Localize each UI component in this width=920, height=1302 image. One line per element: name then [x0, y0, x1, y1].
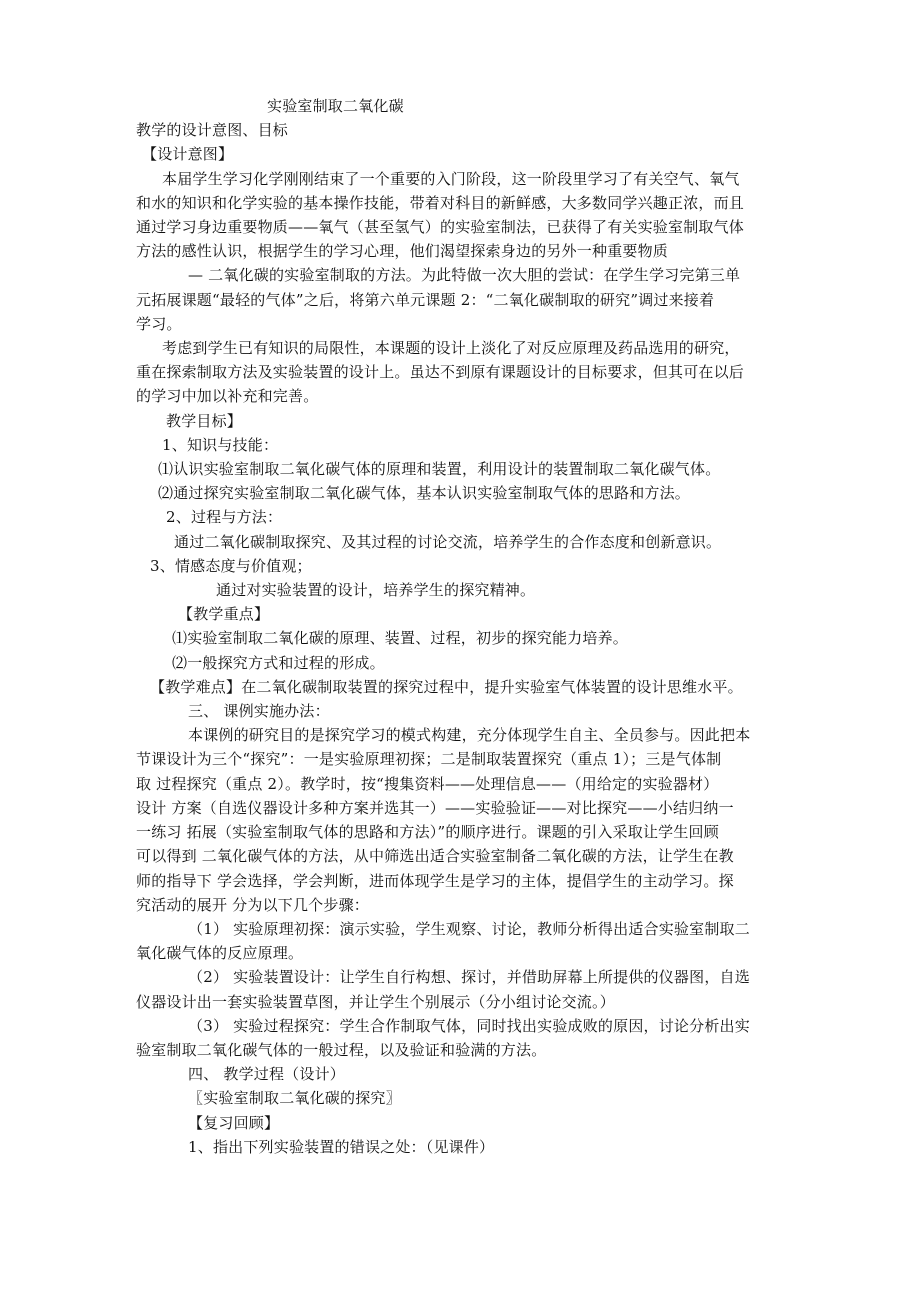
paragraph-line: 师的指导下 学会选择，学会判断，进而体现学生是学习的主体，提倡学生的主动学习。探 — [136, 869, 806, 893]
document-page: 实验室制取二氧化碳 教学的设计意图、目标 【设计意图】 本届学生学习化学刚刚结束… — [136, 94, 806, 1159]
paragraph-line: 元拓展课题“最轻的气体”之后，将第六单元课题 2：“二氧化碳制取的研究”调过来接… — [136, 288, 806, 312]
paragraph-line: 取 过程探究（重点 2）。教学时，按“搜集资料——处理信息——（用给定的实验器材… — [136, 772, 806, 796]
design-intent-heading: 【设计意图】 — [136, 142, 806, 166]
paragraph-line: 和水的知识和化学实验的基本操作技能，带着对科目的新鲜感，大多数同学兴趣正浓，而且 — [136, 191, 806, 215]
paragraph-line: 方法的感性认识，根据学生的学习心理，他们渴望探索身边的另外一种重要物质 — [136, 239, 806, 263]
step-line: 氧化碳气体的反应原理。 — [136, 941, 806, 965]
step-line: 仪器设计出一套实验装置草图，并让学生个别展示（分小组讨论交流。） — [136, 990, 806, 1014]
section-heading: 教学的设计意图、目标 — [136, 118, 806, 142]
implementation-heading: 三、 课例实施办法： — [136, 699, 806, 723]
goal-item: ⑵通过探究实验室制取二氧化碳气体，基本认识实验室制取气体的思路和方法。 — [136, 481, 806, 505]
teaching-process-subtitle: 〖实验室制取二氧化碳的探究〗 — [136, 1086, 806, 1110]
process-heading: 2、过程与方法： — [136, 505, 806, 529]
goal-item: ⑴认识实验室制取二氧化碳气体的原理和装置，利用设计的装置制取二氧化碳气体。 — [136, 457, 806, 481]
step-line: 验室制取二氧化碳气体的一般过程，以及验证和验满的方法。 — [136, 1038, 806, 1062]
paragraph-line: 重在探索制取方法及实验装置的设计上。虽达不到原有课题设计的目标要求，但其可在以后 — [136, 360, 806, 384]
step-line: （3） 实验过程探究：学生合作制取气体，同时找出实验成败的原因，讨论分析出实 — [136, 1014, 806, 1038]
paragraph-line: 本届学生学习化学刚刚结束了一个重要的入门阶段，这一阶段里学习了有关空气、氧气 — [136, 167, 806, 191]
difficult-point: 【教学难点】在二氧化碳制取装置的探究过程中，提升实验室气体装置的设计思维水平。 — [136, 675, 806, 699]
teaching-goals-heading: 教学目标】 — [136, 409, 806, 433]
key-point-item: ⑵一般探究方式和过程的形成。 — [136, 651, 806, 675]
review-item: 1、指出下列实验装置的错误之处：（见课件） — [136, 1135, 806, 1159]
paragraph-line: 通过学习身边重要物质——氧气（甚至氢气）的实验室制法，已获得了有关实验室制取气体 — [136, 215, 806, 239]
attitude-text: 通过对实验装置的设计，培养学生的探究精神。 — [136, 578, 806, 602]
paragraph-line: 学习。 — [136, 312, 806, 336]
paragraph-line: — 二氧化碳的实验室制取的方法。为此特做一次大胆的尝试：在学生学习完第三单 — [136, 263, 806, 287]
knowledge-heading: 1、知识与技能： — [136, 433, 806, 457]
key-points-heading: 【教学重点】 — [136, 602, 806, 626]
process-text: 通过二氧化碳制取探究、及其过程的讨论交流，培养学生的合作态度和创新意识。 — [136, 530, 806, 554]
attitude-heading: 3、情感态度与价值观； — [136, 554, 806, 578]
paragraph-line: 考虑到学生已有知识的局限性，本课题的设计上淡化了对反应原理及药品选用的研究， — [136, 336, 806, 360]
paragraph-line: 究活动的展开 分为以下几个步骤： — [136, 893, 806, 917]
teaching-process-heading: 四、 教学过程（设计） — [136, 1062, 806, 1086]
review-heading: 【复习回顾】 — [136, 1111, 806, 1135]
step-line: （1） 实验原理初探：演示实验，学生观察、讨论，教师分析得出适合实验室制取二 — [136, 917, 806, 941]
paragraph-line: 本课例的研究目的是探究学习的模式构建，充分体现学生自主、全员参与。因此把本 — [136, 723, 806, 747]
step-line: （2） 实验装置设计：让学生自行构想、探讨，并借助屏幕上所提供的仪器图，自选 — [136, 965, 806, 989]
document-title: 实验室制取二氧化碳 — [136, 94, 806, 118]
paragraph-line: 的学习中加以补充和完善。 — [136, 384, 806, 408]
paragraph-line: 节课设计为三个“探究”：一是实验原理初探；二是制取装置探究（重点 1）；三是气体… — [136, 747, 806, 771]
key-point-item: ⑴实验室制取二氧化碳的原理、装置、过程，初步的探究能力培养。 — [136, 626, 806, 650]
paragraph-line: 可以得到 二氧化碳气体的方法，从中筛选出适合实验室制备二氧化碳的方法，让学生在教 — [136, 844, 806, 868]
paragraph-line: 一练习 拓展（实验室制取气体的思路和方法）”的顺序进行。课题的引入采取让学生回顾 — [136, 820, 806, 844]
paragraph-line: 设计 方案（自选仪器设计多种方案并选其一）——实验验证——对比探究——小结归纳一 — [136, 796, 806, 820]
